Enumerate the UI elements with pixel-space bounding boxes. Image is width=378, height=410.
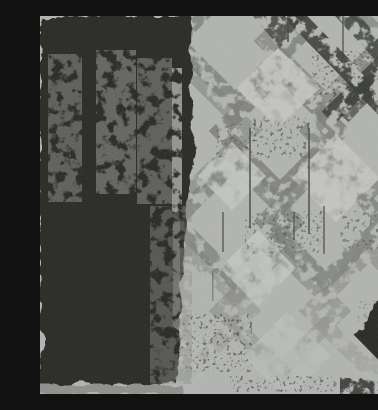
artwork-canvas [40, 16, 378, 394]
grain-overlay [40, 16, 378, 394]
abstract-artwork [40, 16, 378, 394]
